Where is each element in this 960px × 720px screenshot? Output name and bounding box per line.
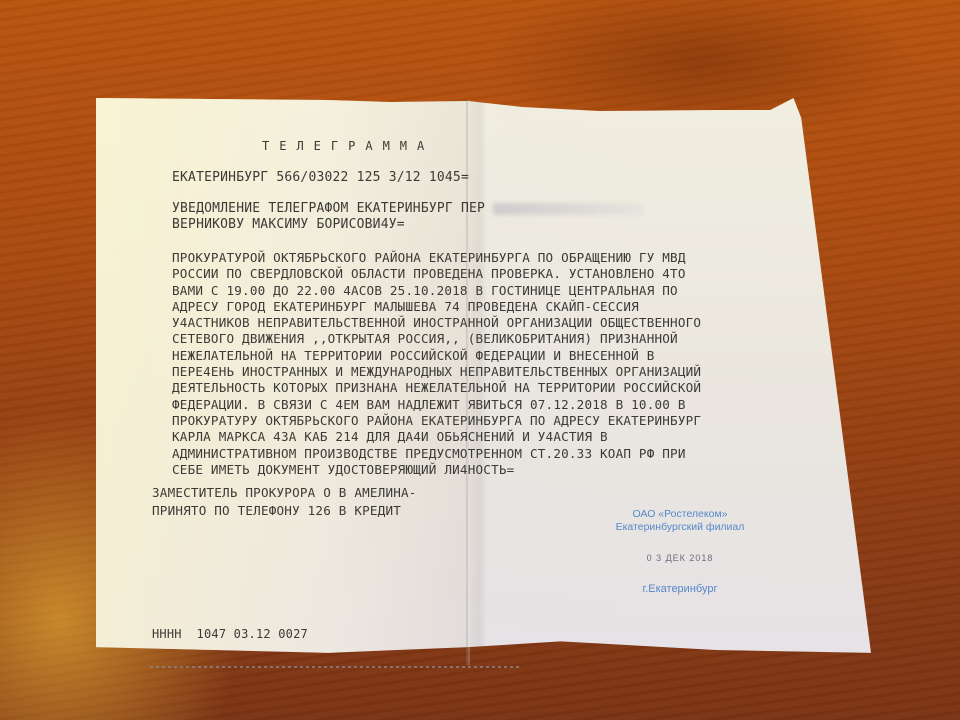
body-line: СЕТЕВОГО ДВИЖЕНИЯ ,,ОТКРЫТАЯ РОССИЯ,, (В…	[172, 331, 701, 347]
perforation-edge	[150, 666, 520, 668]
telegram-header-line: ЕКАТЕРИНБУРГ 566/03022 125 3/12 1045=	[172, 170, 469, 186]
body-line: У4АСТНИКОВ НЕПРАВИТЕЛЬСТВЕННОЙ ИНОСТРАНН…	[172, 315, 701, 331]
telegram-title: ТЕЛЕГРАММА	[262, 138, 434, 154]
telegram-signoff: ЗАМЕСТИТЕЛЬ ПРОКУРОРА О В АМЕЛИНА-ПРИНЯТ…	[152, 484, 417, 520]
body-line: АДРЕСУ ГОРОД ЕКАТЕРИНБУРГ МАЛЫШЕВА 74 ПР…	[172, 299, 701, 315]
rostelecom-stamp: ОАО «Ростелеком» Екатеринбургский филиал…	[590, 508, 770, 596]
addressee-line-2: ВЕРНИКОВУ МАКСИМУ БОРИСОВИ4У=	[172, 217, 405, 232]
body-line: КАРЛА МАРКСА 43А КАБ 214 ДЛЯ ДА4И ОБЬЯСН…	[172, 429, 701, 445]
signoff-line: ЗАМЕСТИТЕЛЬ ПРОКУРОРА О В АМЕЛИНА-	[152, 484, 417, 502]
stamp-date: 0 3 ДЕК 2018	[590, 552, 770, 565]
telegram-body: ПРОКУРАТУРОЙ ОКТЯБРЬСКОГО РАЙОНА ЕКАТЕРИ…	[172, 250, 701, 478]
body-line: ВАМИ С 19.00 ДО 22.00 4АСОВ 25.10.2018 В…	[172, 283, 701, 299]
signoff-line: ПРИНЯТО ПО ТЕЛЕФОНУ 126 В КРЕДИТ	[152, 502, 417, 520]
stamp-org-line-2: Екатеринбургский филиал	[590, 521, 770, 534]
body-line: ПРОКУРАТУРОЙ ОКТЯБРЬСКОГО РАЙОНА ЕКАТЕРИ…	[172, 250, 701, 266]
body-line: ДЕЯТЕЛЬНОСТЬ КОТОРЫХ ПРИЗНАНА НЕЖЕЛАТЕЛЬ…	[172, 380, 701, 396]
stamp-org-line-1: ОАО «Ростелеком»	[590, 508, 770, 521]
telegram-footer: НННН 1047 03.12 0027	[152, 626, 308, 642]
body-line: ПЕРЕ4ЕНЬ ИНОСТРАННЫХ И МЕЖДУНАРОДНЫХ НЕП…	[172, 364, 701, 380]
body-line: ФЕДЕРАЦИИ. В СВЯЗИ С 4ЕМ ВАМ НАДЛЕЖИТ ЯВ…	[172, 397, 701, 413]
redacted-address	[493, 203, 643, 215]
addressee-line-1: УВЕДОМЛЕНИЕ ТЕЛЕГРАФОМ ЕКАТЕРИНБУРГ ПЕР	[172, 201, 485, 216]
addressee-block: УВЕДОМЛЕНИЕ ТЕЛЕГРАФОМ ЕКАТЕРИНБУРГ ПЕР …	[172, 201, 643, 233]
stamp-city: г.Екатеринбург	[590, 583, 770, 596]
body-line: АДМИНИСТРАТИВНОМ ПРОИЗВОДСТВЕ ПРЕДУСМОТР…	[172, 446, 701, 462]
body-line: ПРОКУРАТУРУ ОКТЯБРЬСКОГО РАЙОНА ЕКАТЕРИН…	[172, 413, 701, 429]
body-line: НЕЖЕЛАТЕЛЬНОЙ НА ТЕРРИТОРИИ РОССИЙСКОЙ Ф…	[172, 348, 701, 364]
body-line: СЕБЕ ИМЕТЬ ДОКУМЕНТ УДОСТОВЕРЯЮЩИЙ ЛИ4НО…	[172, 462, 701, 478]
body-line: РОССИИ ПО СВЕРДЛОВСКОЙ ОБЛАСТИ ПРОВЕДЕНА…	[172, 266, 701, 282]
